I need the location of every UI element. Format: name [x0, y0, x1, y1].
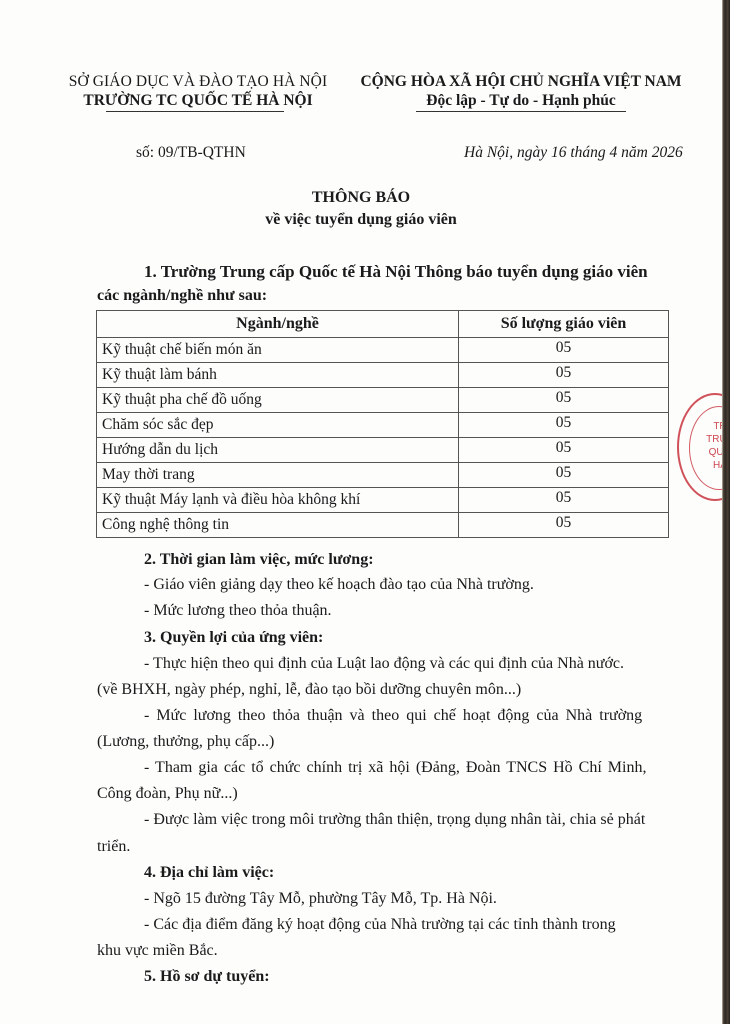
issuing-authority-block: SỞ GIÁO DỤC VÀ ĐÀO TẠO HÀ NỘI TRƯỜNG TC …: [48, 73, 348, 112]
document-page: SỞ GIÁO DỤC VÀ ĐÀO TẠO HÀ NỘI TRƯỜNG TC …: [0, 0, 722, 1024]
table-row: Hướng dẫn du lịch 05: [97, 438, 669, 463]
table-row: Chăm sóc sắc đẹp 05: [97, 413, 669, 438]
count-cell: 05: [459, 413, 669, 438]
document-number: số: 09/TB-QTHN: [136, 144, 246, 162]
agency-name: SỞ GIÁO DỤC VÀ ĐÀO TẠO HÀ NỘI: [48, 73, 348, 91]
section-3-line: (Lương, thưởng, phụ cấp...): [97, 733, 274, 751]
section-4-line: - Các địa điểm đăng ký hoạt động của Nhà…: [144, 916, 616, 934]
table-row: Công nghệ thông tin 05: [97, 513, 669, 538]
section-5-heading: 5. Hồ sơ dự tuyển:: [144, 968, 270, 986]
major-cell: Kỹ thuật chế biến món ăn: [97, 338, 459, 363]
section-3-line: (về BHXH, ngày phép, nghỉ, lễ, đào tạo b…: [97, 681, 521, 699]
section-3-line: - Tham gia các tổ chức chính trị xã hội …: [144, 759, 646, 777]
count-cell: 05: [459, 513, 669, 538]
section-2-item: - Mức lương theo thỏa thuận.: [144, 602, 332, 620]
national-header-block: CỘNG HÒA XÃ HỘI CHỦ NGHĨA VIỆT NAM Độc l…: [344, 73, 698, 112]
count-cell: 05: [459, 438, 669, 463]
section-4-heading: 4. Địa chỉ làm việc:: [144, 864, 274, 882]
count-cell: 05: [459, 388, 669, 413]
recruitment-table: Ngành/nghề Số lượng giáo viên Kỹ thuật c…: [96, 310, 669, 538]
section-2-item: - Giáo viên giảng dạy theo kế hoạch đào …: [144, 576, 534, 594]
scan-background-edge: [722, 0, 730, 1024]
nation-name: CỘNG HÒA XÃ HỘI CHỦ NGHĨA VIỆT NAM: [344, 73, 698, 91]
section-3-line: - Mức lương theo thỏa thuận và theo qui …: [144, 707, 642, 725]
school-name: TRƯỜNG TC QUỐC TẾ HÀ NỘI: [48, 92, 348, 110]
section-3-line: - Được làm việc trong môi trường thân th…: [144, 811, 645, 829]
document-date: Hà Nội, ngày 16 tháng 4 năm 2026: [464, 144, 683, 162]
major-cell: Kỹ thuật làm bánh: [97, 363, 459, 388]
table-row: May thời trang 05: [97, 463, 669, 488]
school-underline: [106, 111, 284, 112]
section-3-line: Công đoàn, Phụ nữ...): [97, 785, 238, 803]
major-cell: Chăm sóc sắc đẹp: [97, 413, 459, 438]
column-header-major: Ngành/nghề: [97, 311, 459, 338]
table-row: Kỹ thuật Máy lạnh và điều hòa không khí …: [97, 488, 669, 513]
document-title: THÔNG BÁO: [0, 189, 722, 207]
national-motto: Độc lập - Tự do - Hạnh phúc: [344, 92, 698, 110]
motto-underline: [416, 111, 626, 112]
major-cell: Kỹ thuật pha chế đồ uống: [97, 388, 459, 413]
table-row: Kỹ thuật chế biến món ăn 05: [97, 338, 669, 363]
section-3-line: triển.: [97, 838, 130, 856]
count-cell: 05: [459, 463, 669, 488]
major-cell: Kỹ thuật Máy lạnh và điều hòa không khí: [97, 488, 459, 513]
count-cell: 05: [459, 363, 669, 388]
section-4-line: khu vực miền Bắc.: [97, 942, 218, 960]
table-header-row: Ngành/nghề Số lượng giáo viên: [97, 311, 669, 338]
major-cell: May thời trang: [97, 463, 459, 488]
section-3-heading: 3. Quyền lợi của ứng viên:: [144, 629, 323, 647]
table-row: Kỹ thuật làm bánh 05: [97, 363, 669, 388]
document-subtitle: về việc tuyển dụng giáo viên: [0, 211, 722, 229]
count-cell: 05: [459, 488, 669, 513]
section-1-heading: 1. Trường Trung cấp Quốc tế Hà Nội Thông…: [144, 262, 648, 282]
section-4-line: - Ngõ 15 đường Tây Mỗ, phường Tây Mỗ, Tp…: [144, 890, 497, 908]
section-2-heading: 2. Thời gian làm việc, mức lương:: [144, 551, 374, 569]
table-row: Kỹ thuật pha chế đồ uống 05: [97, 388, 669, 413]
section-3-line: - Thực hiện theo qui định của Luật lao đ…: [144, 655, 624, 673]
major-cell: Công nghệ thông tin: [97, 513, 459, 538]
section-1-heading-cont: các ngành/nghề như sau:: [97, 287, 267, 305]
count-cell: 05: [459, 338, 669, 363]
column-header-count: Số lượng giáo viên: [459, 311, 669, 338]
major-cell: Hướng dẫn du lịch: [97, 438, 459, 463]
